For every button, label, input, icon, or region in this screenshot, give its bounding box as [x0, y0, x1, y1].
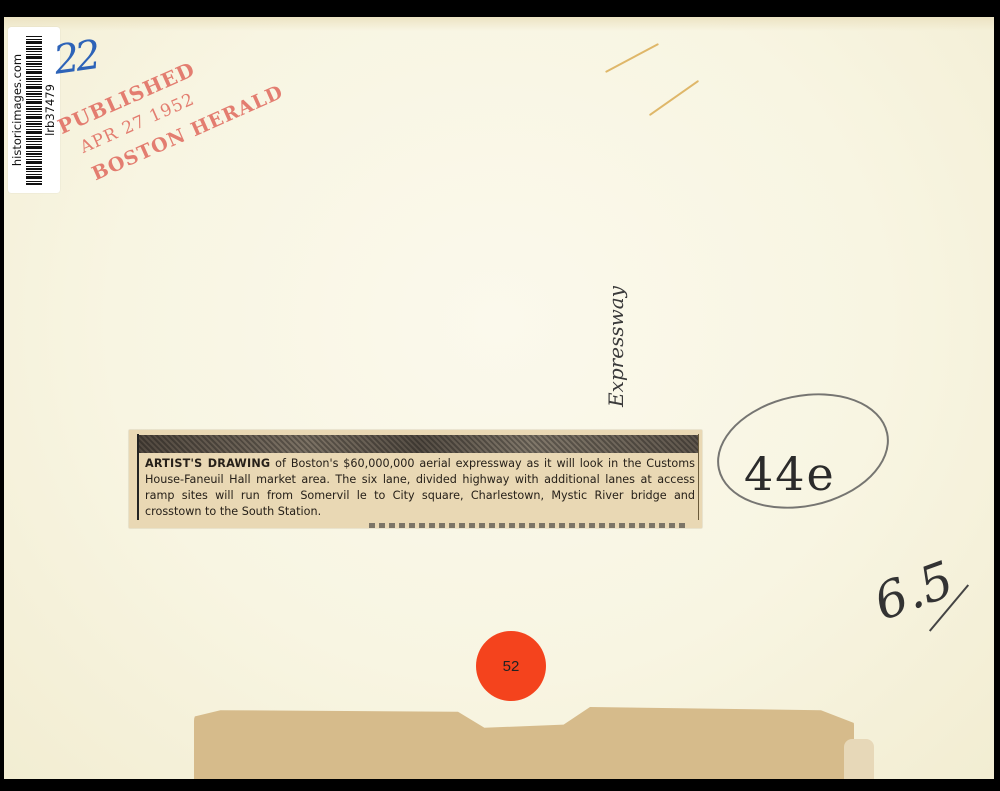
label-site: historicimages.com	[11, 54, 24, 166]
caption-lead: ARTIST'S DRAWING	[145, 457, 270, 470]
clipping-bottom-strip	[369, 523, 689, 528]
blue-handwritten-number: 22	[51, 32, 100, 84]
stain-streak	[649, 80, 699, 116]
pencil-note-vertical: Expressway	[604, 286, 628, 407]
number-sticker: 52	[476, 631, 546, 701]
label-id: lrb37479	[44, 84, 57, 136]
clipping-rule	[698, 434, 699, 520]
tape-residue-edge	[844, 739, 874, 779]
tape-residue	[194, 707, 854, 779]
newspaper-clipping: ARTIST'S DRAWING of Boston's $60,000,000…	[129, 430, 702, 528]
stain-streak	[605, 43, 659, 73]
pencil-price: 6.5	[866, 550, 961, 632]
pencil-circled-code: 44e	[744, 447, 836, 501]
clipping-caption: ARTIST'S DRAWING of Boston's $60,000,000…	[145, 456, 695, 520]
photo-back: historicimages.com lrb37479 22 PUBLISHED…	[4, 17, 994, 779]
clipping-photo-strip	[139, 435, 698, 453]
sticker-number: 52	[503, 658, 520, 675]
barcode-icon	[26, 35, 42, 185]
